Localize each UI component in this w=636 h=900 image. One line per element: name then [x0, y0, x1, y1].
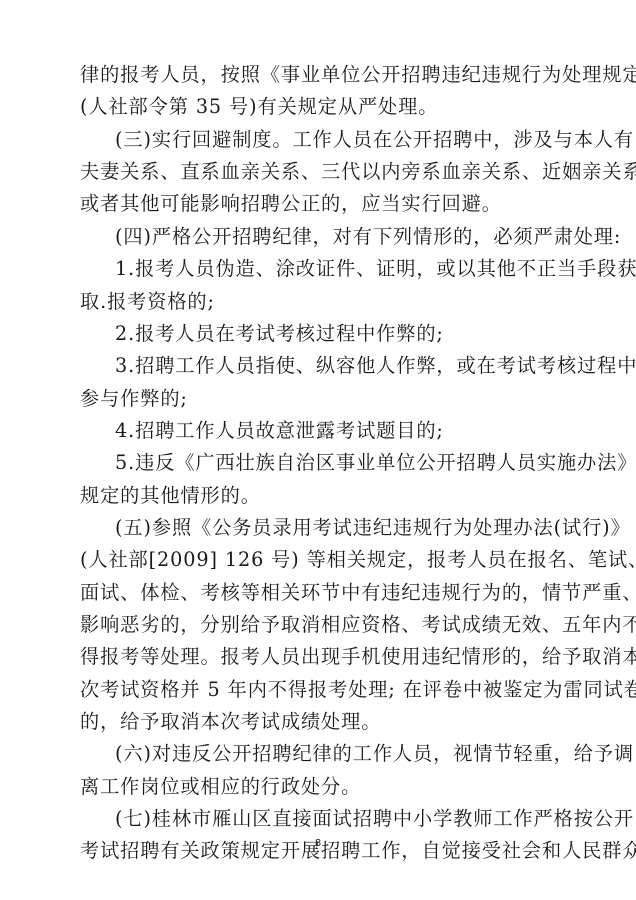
- text-line: 的，给予取消本次考试成绩处理。: [80, 710, 560, 734]
- text-line: (三)实行回避制度。工作人员在公开招聘中，涉及与本人有: [115, 128, 595, 152]
- text-line: 取.报考资格的;: [80, 290, 560, 314]
- text-line: 次考试资格并 5 年内不得报考处理; 在评卷中被鉴定为雷同试卷: [80, 678, 560, 702]
- text-line: 4.招聘工作人员故意泄露考试题目的;: [115, 419, 595, 443]
- text-line: (四)严格公开招聘纪律，对有下列情形的，必须严肃处理:: [115, 225, 595, 249]
- text-line: 得报考等处理。报考人员出现手机使用违纪情形的，给予取消本: [80, 645, 560, 669]
- page-number: 8: [0, 838, 636, 849]
- text-line: (人社部令第 35 号)有关规定从严处理。: [80, 95, 560, 119]
- text-line: 面试、体检、考核等相关环节中有违纪违规行为的，情节严重、: [80, 581, 560, 605]
- text-line: 3.招聘工作人员指使、纵容他人作弊，或在考试考核过程中: [115, 354, 595, 378]
- text-line: 夫妻关系、直系血亲关系、三代以内旁系血亲关系、近姻亲关系: [80, 160, 560, 184]
- text-line: 1.报考人员伪造、涂改证件、证明，或以其他不正当手段获: [115, 257, 595, 281]
- text-line: (七)桂林市雁山区直接面试招聘中小学教师工作严格按公开: [115, 807, 595, 831]
- text-line: 5.违反《广西壮族自治区事业单位公开招聘人员实施办法》: [115, 451, 595, 475]
- text-line: 2.报考人员在考试考核过程中作弊的;: [115, 322, 595, 346]
- text-line: 离工作岗位或相应的行政处分。: [80, 775, 560, 799]
- text-line: 参与作弊的;: [80, 387, 560, 411]
- text-line: 律的报考人员，按照《事业单位公开招聘违纪违规行为处理规定》: [80, 63, 560, 87]
- document-page: 律的报考人员，按照《事业单位公开招聘违纪违规行为处理规定》 (人社部令第 35 …: [0, 0, 636, 900]
- text-line: 规定的其他情形的。: [80, 484, 560, 508]
- text-line: 影响恶劣的，分别给予取消相应资格、考试成绩无效、五年内不: [80, 613, 560, 637]
- text-line: (六)对违反公开招聘纪律的工作人员，视情节轻重，给予调: [115, 742, 595, 766]
- text-line: (人社部[2009] 126 号) 等相关规定，报考人员在报名、笔试、: [80, 548, 560, 572]
- text-line: (五)参照《公务员录用考试违纪违规行为处理办法(试行)》: [115, 516, 595, 540]
- text-line: 或者其他可能影响招聘公正的，应当实行回避。: [80, 192, 560, 216]
